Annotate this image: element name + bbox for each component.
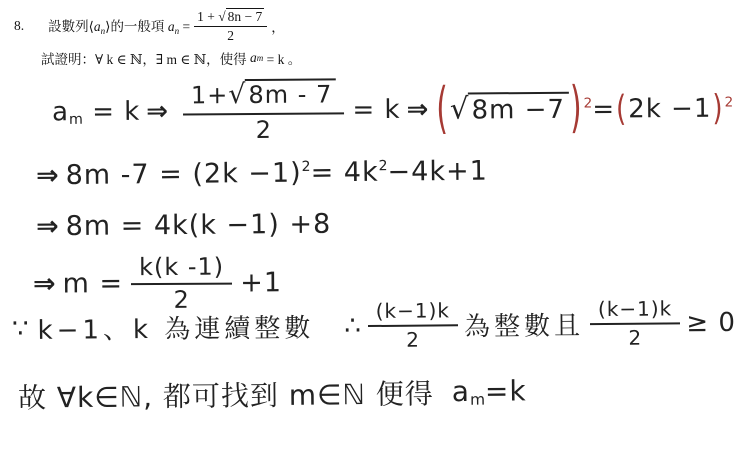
lhs-am-equals-k: am = k: [52, 96, 140, 127]
hw-frac1-numerator: 1+√8m - 7: [183, 78, 345, 115]
geq-zero: ≥ 0: [686, 307, 736, 337]
radicand-8m-7: 8m - 7: [244, 78, 336, 108]
because-symbol: ∵: [12, 314, 30, 344]
text-she-shulie: 設數列: [48, 19, 89, 34]
frac-a-denominator: 2: [406, 327, 420, 351]
frac-b-numerator: (k−1)k: [590, 297, 680, 325]
num-prefix: 1+: [191, 81, 229, 109]
hw-fraction-1: 1+√8m - 7 2: [183, 78, 345, 143]
hw-sqrt-1: √8m - 7: [228, 78, 336, 109]
printed-fraction-numerator: 1 + √8n − 7: [194, 8, 267, 27]
expr-m-equals: m =: [63, 269, 124, 300]
solution-line-1: am = k ⇒ 1+√8m - 7 2 = k ⇒ (√8m −7)2=(2k…: [52, 76, 734, 145]
solution-line-6: 故 ∀k∈ℕ, 都可找到 m∈ℕ 便得 am=k: [18, 371, 527, 416]
implies-arrow: ⇒: [36, 160, 60, 191]
printed-fraction: 1 + √8n − 7 2: [194, 8, 267, 43]
red-paren-close-2: ): [712, 89, 723, 130]
problem-number: 8.: [14, 18, 24, 34]
red-paren-close-1: ): [570, 76, 583, 141]
radicand-8n-7: 8n − 7: [226, 8, 265, 25]
text-general-term: 的一般項: [110, 19, 164, 34]
radicand-8m-7-2: 8m −7: [467, 92, 569, 126]
red-paren-open-1: (: [436, 77, 449, 142]
frac-m-numerator: k(k -1): [131, 254, 232, 286]
problem-statement-line-1: 8. 設數列⟨an⟩的一般項 an = 1 + √8n − 7 2 ，: [14, 8, 285, 43]
worksheet-page: 8. 設數列⟨an⟩的一般項 an = 1 + √8n − 7 2 ， 試證明：…: [0, 0, 740, 457]
expr-2k-1: 2k −1: [628, 94, 711, 125]
var-a2: a: [168, 19, 175, 34]
var-a-m: a: [250, 50, 257, 66]
frac-a-numerator: (k−1)k: [368, 299, 458, 327]
sub-m: m: [257, 53, 264, 63]
text-is-integer-and: 為整數且: [464, 305, 584, 343]
equals-sign-mid: =: [592, 95, 615, 125]
numerator-prefix: 1 +: [197, 9, 215, 24]
problem-text-pre: 設數列⟨an⟩的一般項 an =: [48, 15, 190, 36]
hw-sub-m: m: [470, 391, 485, 409]
exponent-2a: 2: [302, 159, 311, 175]
implies-arrow-2: ⇒: [406, 95, 429, 125]
comma: ，: [271, 16, 285, 36]
implies-arrow: ⇒: [36, 211, 60, 242]
text-prove: 試證明：∀ k ∈ ℕ，∃ m ∈ ℕ，使得: [41, 48, 247, 68]
red-paren-open-2: (: [616, 90, 627, 131]
squared-equation: (√8m −7)2=(2k −1)2: [435, 90, 733, 127]
problem-statement-line-2: 試證明：∀ k ∈ ℕ，∃ m ∈ ℕ，使得 am = k 。: [41, 48, 301, 68]
expansion-expression: 8m -7 = (2k −1)2= 4k2−4k+1: [65, 156, 488, 191]
text-consecutive-integers: k−1、k 為連續整數: [37, 308, 314, 347]
printed-sqrt: √8n − 7: [218, 9, 264, 24]
solution-line-2: ⇒ 8m -7 = (2k −1)2= 4k2−4k+1: [30, 156, 488, 192]
hw-sub-m: m: [69, 111, 83, 127]
implies-arrow: ⇒: [33, 269, 57, 300]
implies-arrow-1: ⇒: [146, 97, 169, 127]
hw-eq-k: = k: [92, 96, 140, 126]
hw-eq-k-2: = k: [352, 95, 400, 125]
equals-sign: =: [182, 19, 190, 34]
hw-fraction-k1k-b: (k−1)k 2: [590, 297, 681, 349]
hw-frac1-denominator: 2: [256, 114, 272, 143]
solution-line-5: ∵ k−1、k 為連續整數 ∴ (k−1)k 2 為整數且 (k−1)k 2 ≥…: [12, 297, 736, 354]
printed-fraction-denominator: 2: [227, 27, 234, 44]
exponent-2b: 2: [378, 158, 387, 174]
expr-minus-4k-plus-1: −4k+1: [387, 156, 488, 188]
hw-sqrt-2: √8m −7: [450, 91, 569, 126]
hw-fraction-k1k-a: (k−1)k 2: [368, 299, 459, 351]
radical-sign: √: [218, 9, 225, 25]
expr-eq-4k: = 4k: [310, 157, 378, 189]
equals-k-period: = k 。: [267, 48, 302, 68]
hw-var-a: a: [452, 375, 471, 408]
frac-b-denominator: 2: [628, 325, 642, 349]
therefore-symbol: ∴: [344, 311, 362, 341]
var-a: a: [94, 19, 101, 34]
expr-8m-7-eq: 8m -7 = (2k −1): [65, 158, 301, 191]
conclusion-am-eq-k: am=k: [452, 374, 527, 409]
conclusion-text: 故 ∀k∈ℕ, 都可找到 m∈ℕ 便得: [18, 372, 434, 416]
sub-n2: n: [175, 26, 180, 36]
hw-eq-k: =k: [485, 374, 527, 407]
hw-var-a: a: [52, 97, 69, 127]
red-exponent-2b: 2: [725, 95, 734, 111]
solution-line-3: ⇒ 8m = 4k(k −1) +8: [30, 209, 331, 243]
equals-k-2: = k: [352, 95, 400, 125]
expr-plus-1: +1: [240, 268, 282, 299]
expr-8m-eq-4kk: 8m = 4k(k −1) +8: [65, 209, 331, 242]
